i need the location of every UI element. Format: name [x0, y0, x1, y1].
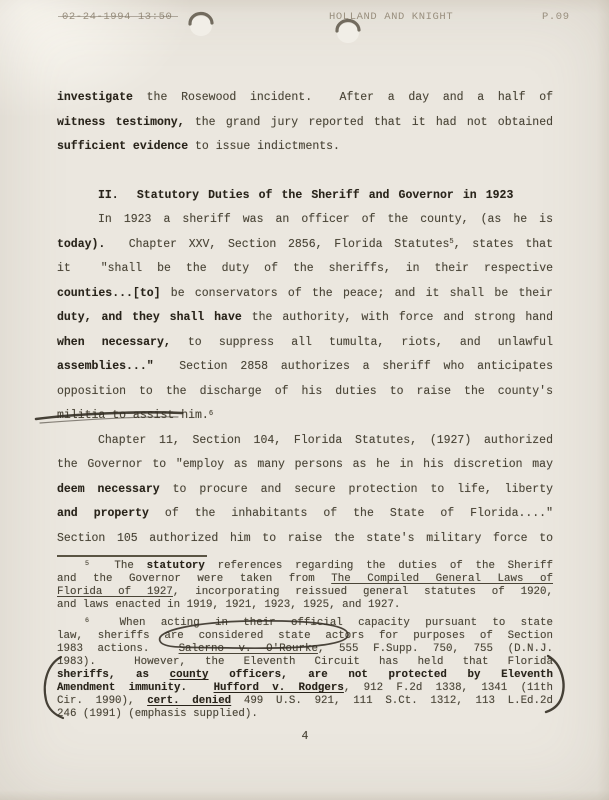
text-segment: duty, and they shall have [57, 311, 242, 324]
text-line: 1983 actions. Salerno v. O'Rourke, 555 F… [57, 643, 553, 656]
text-segment: , 555 F.Supp. 750, 755 (D.N.J. [318, 643, 553, 655]
fax-page-code: P.09 [542, 11, 570, 23]
text-line: Section 105 authorized him to raise the … [57, 527, 553, 552]
text-segment: When acting in their official capacity p… [89, 617, 553, 629]
text-segment: , incorporating reissued general statute… [173, 586, 553, 598]
text-segment: Florida of 1927 [57, 586, 173, 598]
text-segment: In 1923 a sheriff was an officer of the … [98, 213, 553, 226]
text-line: 1983). However, the Eleventh Circuit has… [57, 656, 553, 669]
text-line: Florida of 1927, incorporating reissued … [57, 586, 553, 599]
text-line: and property of the inhabitants of the S… [57, 502, 553, 527]
text-line: witness testimony, the grand jury report… [57, 111, 553, 136]
page-number: 4 [57, 730, 553, 743]
text-line: Amendment immunity. Hufford v. Rodgers, … [57, 682, 553, 695]
text-segment: today). [57, 238, 105, 251]
text-segment: 5 [85, 560, 89, 568]
text-segment: Hufford v. Rodgers [214, 682, 344, 694]
text-segment: the authority, with force and strong han… [242, 311, 553, 324]
text-segment: it "shall be the duty of the sheriffs, i… [57, 262, 553, 275]
text-segment: when necessary, [57, 336, 171, 349]
section-heading: II. Statutory Duties of the Sheriff and … [57, 184, 553, 209]
scan-line-artifact [58, 16, 178, 17]
text-segment: sufficient evidence [57, 140, 188, 153]
paragraph-governor-powers: Chapter 11, Section 104, Florida Statute… [57, 429, 553, 552]
text-segment: , 912 F.2d 1338, 1341 (11th [344, 682, 553, 694]
text-segment: county [170, 669, 209, 681]
text-segment: of the inhabitants of the State of Flori… [149, 507, 553, 520]
text-line: militia to assist him.6 [57, 404, 553, 429]
text-line: 246 (1991) (emphasis supplied). [57, 708, 553, 721]
text-segment: investigate [57, 91, 133, 104]
text-segment: to issue indictments. [188, 140, 340, 153]
text-line: II. Statutory Duties of the Sheriff and … [57, 184, 553, 209]
text-segment: witness testimony, [57, 116, 185, 129]
text-segment: law, sheriffs are considered state actor… [57, 630, 553, 642]
footnote-6: 6 When acting in their official capacity… [57, 617, 553, 721]
text-segment: Section 105 authorized him to raise the … [57, 532, 553, 545]
text-segment: and the Governor were taken from [57, 573, 331, 585]
text-segment: be conservators of the peace; and it sha… [161, 287, 553, 300]
text-segment: Amendment immunity. [57, 682, 187, 694]
text-segment: 5 [449, 238, 453, 246]
text-segment: the Rosewood incident. After a day and a… [133, 91, 553, 104]
text-segment: officers, are not protected by Eleventh [209, 669, 553, 681]
text-line: duty, and they shall have the authority,… [57, 306, 553, 331]
text-line: sheriffs, as county officers, are not pr… [57, 669, 553, 682]
punch-hole-left [190, 13, 212, 36]
footnote-separator [57, 555, 553, 557]
text-line: 5 The statutory references regarding the… [57, 560, 553, 573]
text-line: today). Chapter XXV, Section 2856, Flori… [57, 233, 553, 258]
text-segment: Section 2858 authorizes a sheriff who an… [154, 360, 553, 373]
paragraph-grand-jury: investigate the Rosewood incident. After… [57, 86, 553, 160]
text-segment: and property [57, 507, 149, 520]
text-segment: Chapter 11, Section 104, Florida Statute… [98, 434, 553, 447]
text-segment: 1983 actions. [57, 643, 179, 655]
text-line: Chapter 11, Section 104, Florida Statute… [57, 429, 553, 454]
text-line: when necessary, to suppress all tumulta,… [57, 331, 553, 356]
text-segment: and laws enacted in 1919, 1921, 1923, 19… [57, 599, 400, 611]
text-segment: statutory [147, 560, 205, 572]
text-line: assemblies..." Section 2858 authorizes a… [57, 355, 553, 380]
document-body: investigate the Rosewood incident. After… [57, 86, 553, 743]
text-segment: militia to assist him. [57, 409, 209, 422]
text-segment: the grand jury reported that it had not … [185, 116, 553, 129]
text-segment: opposition to the discharge of his dutie… [57, 385, 553, 398]
text-line: the Governor to "employ as many persons … [57, 453, 553, 478]
text-line: Cir. 1990), cert. denied 499 U.S. 921, 1… [57, 695, 553, 708]
punch-hole-right [337, 20, 359, 43]
text-line: and the Governor were taken from The Com… [57, 573, 553, 586]
text-line: counties...[to] be conservators of the p… [57, 282, 553, 307]
footnote-5: 5 The statutory references regarding the… [57, 560, 553, 612]
text-line: and laws enacted in 1919, 1921, 1923, 19… [57, 599, 553, 612]
text-line: In 1923 a sheriff was an officer of the … [57, 208, 553, 233]
text-segment: to suppress all tumulta, riots, and unla… [171, 336, 553, 349]
text-segment: 6 [85, 617, 89, 625]
text-line: law, sheriffs are considered state actor… [57, 630, 553, 643]
text-segment: counties...[to] [57, 287, 161, 300]
text-segment: 246 (1991) (emphasis supplied). [57, 708, 258, 720]
text-segment: 6 [209, 410, 213, 418]
text-line: it "shall be the duty of the sheriffs, i… [57, 257, 553, 282]
text-segment: assemblies..." [57, 360, 154, 373]
text-segment: Salerno v. O'Rourke [179, 643, 318, 655]
footnote-separator-rule [57, 555, 207, 557]
text-segment: to procure and secure protection to life… [160, 483, 553, 496]
text-segment [187, 682, 214, 694]
text-line: deem necessary to procure and secure pro… [57, 478, 553, 503]
paragraph-sheriff-duties: In 1923 a sheriff was an officer of the … [57, 208, 553, 429]
text-segment: The Compiled General Laws of [331, 573, 553, 585]
text-segment: references regarding the duties of the S… [205, 560, 553, 572]
fax-timestamp: 02-24-1994 13:50 [62, 11, 172, 23]
text-segment: , states that [454, 238, 553, 251]
text-segment: deem necessary [57, 483, 160, 496]
text-segment: The [89, 560, 147, 572]
text-line: sufficient evidence to issue indictments… [57, 135, 553, 160]
text-segment: the Governor to "employ as many persons … [57, 458, 553, 471]
text-segment: 1983). However, the Eleventh Circuit has… [57, 656, 553, 668]
text-segment: II. Statutory Duties of the Sheriff and … [98, 189, 513, 202]
text-segment: Chapter XXV, Section 2856, Florida Statu… [105, 238, 449, 251]
text-segment: cert. denied [147, 695, 231, 707]
text-segment: Cir. 1990), [57, 695, 147, 707]
scanned-fax-page: 02-24-1994 13:50 HOLLAND AND KNIGHT P.09… [0, 0, 609, 800]
fax-sender-name: HOLLAND AND KNIGHT [329, 11, 453, 23]
text-line: investigate the Rosewood incident. After… [57, 86, 553, 111]
text-segment: 499 U.S. 921, 111 S.Ct. 1312, 113 L.Ed.2… [231, 695, 553, 707]
text-line: 6 When acting in their official capacity… [57, 617, 553, 630]
text-segment: sheriffs, as [57, 669, 170, 681]
text-line: opposition to the discharge of his dutie… [57, 380, 553, 405]
